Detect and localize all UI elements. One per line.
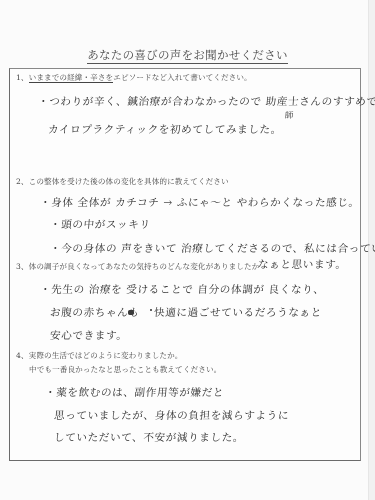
question-1: 1、いままでの経緯・辛さをエピソードなど入れて書いてください。: [16, 72, 252, 83]
answer-3-line-3: 安心できます。: [49, 328, 128, 343]
question-4-number: 4、: [16, 351, 29, 360]
question-3: 3、体の調子が良くなってあなたの気持ちのどんな変化がありましたか: [16, 261, 259, 272]
answer-3-line-2a: お腹の赤ちゃんも: [49, 305, 140, 320]
answer-3-line-1: ・先生の 治療を 受けることで 自分の体調が 良くなり、: [39, 282, 325, 297]
question-3-number: 3、: [16, 262, 29, 271]
ink-dot: [150, 309, 152, 311]
question-2-text: この整体を受けた後の体の変化を具体的に教えてください: [29, 177, 229, 186]
question-1-underlined: いままでの経緯・辛さを: [29, 73, 114, 83]
answer-1-line-1: ・つわりが辛く、鍼治療が合わなかったので 助産士さんのすすめで: [37, 94, 375, 109]
answer-1-line-2: カイロプラクティックを初めてしてみました。: [47, 122, 282, 137]
question-2-number: 2、: [16, 177, 29, 186]
question-2: 2、この整体を受けた後の体の変化を具体的に教えてください: [16, 176, 229, 187]
page-title-text: あなたの喜びの声をお聞かせください: [87, 48, 288, 64]
question-1-rest: エピソードなど入れて書いてください。: [113, 73, 252, 82]
answer-2-line-2: ・頭の中がスッキリ: [49, 217, 151, 232]
question-4-line-1: 4、実際の生活ではどのように変わりましたか。: [16, 350, 183, 361]
answer-3-line-2b: 快適に過ごせているだろうなぁと: [153, 305, 322, 320]
question-1-number: 1、: [16, 73, 29, 82]
answer-4-line-3: していただいて、不安が減りました。: [53, 430, 244, 445]
question-4-line-2: 中でも一番良かったなと思ったことも教えてください。: [29, 364, 221, 375]
answer-4-line-2: 思っていましたが、身体の負担を減らすように: [53, 408, 289, 423]
answer-1-correction: 師: [285, 109, 295, 121]
answer-2-line-3: ・今の身体の 声をきいて 治療してくださるので、私には合っている: [49, 241, 375, 256]
page-title: あなたの喜びの声をお聞かせください: [0, 47, 375, 63]
answer-2-line-1: ・身体 全体が カチコチ → ふにゃ〜と やわらかくなった感じ。: [39, 195, 360, 210]
answer-2-line-4: なぁと思います。: [257, 257, 347, 272]
question-3-text: 体の調子が良くなってあなたの気持ちのどんな変化がありましたか: [29, 262, 260, 271]
answer-4-line-1: ・薬を飲むのは、副作用等が嫌だと: [44, 385, 224, 400]
question-4-text-1: 実際の生活ではどのように変わりましたか。: [29, 351, 183, 360]
questionnaire-box: 1、いままでの経緯・辛さをエピソードなど入れて書いてください。 ・つわりが辛く、…: [9, 68, 361, 461]
ink-blot: [128, 310, 134, 315]
